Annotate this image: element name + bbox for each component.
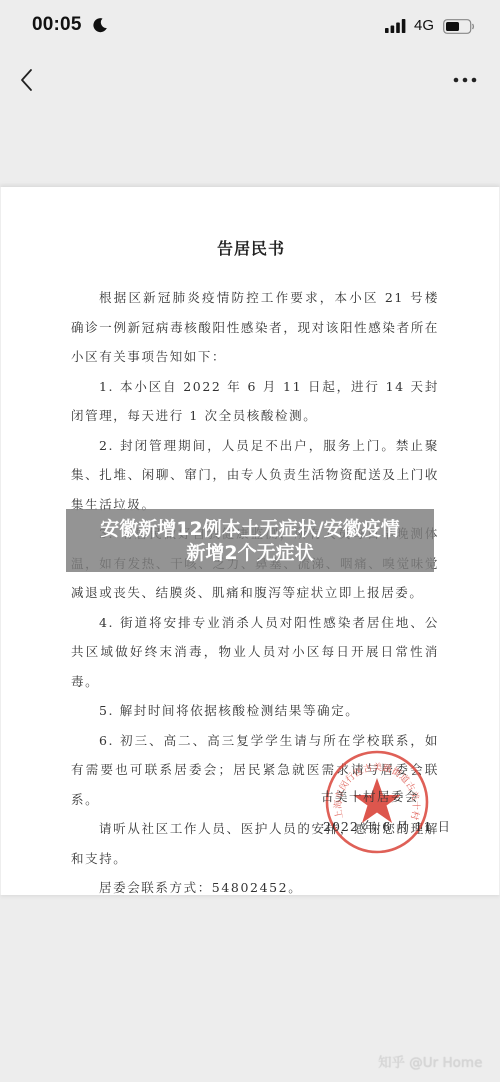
headline-overlay: 安徽新增12例本土无症状/安徽疫情 新增2个无症状 [66,509,434,572]
document-paragraph: 1. 本小区自 2022 年 6 月 11 日起，进行 14 天封闭管理，每天进… [71,372,439,431]
moon-icon [92,17,108,33]
ellipsis-icon [450,70,480,90]
nav-bar [0,55,500,105]
document-paragraph: 2. 封闭管理期间，人员足不出户，服务上门。禁止聚集、扎堆、闲聊、窜门，由专人负… [71,431,439,520]
battery-icon [443,19,475,34]
document-title: 告居民书 [1,236,500,259]
document-paragraph: 根据区新冠肺炎疫情防控工作要求，本小区 21 号楼确诊一例新冠病毒核酸阳性感染者… [71,283,439,372]
network-type-label: 4G [414,17,434,34]
document-paragraph: 4. 街道将安排专业消杀人员对阳性感染者居住地、公共区域做好终末消毒，物业人员对… [71,608,439,697]
document-paragraph: 居委会联系方式：54802452。 [71,873,439,903]
signal-icon [385,19,407,33]
back-button[interactable] [14,65,40,95]
document-paragraph: 5. 解封时间将依据核酸检测结果等确定。 [71,696,439,726]
watermark: 知乎 @Ur Home [378,1051,482,1071]
headline-line-1: 安徽新增12例本土无症状/安徽疫情 [100,517,399,541]
signature-organization: 古美十村居委会 [321,787,419,805]
chevron-left-icon [14,65,40,95]
headline-line-2: 新增2个无症状 [186,541,313,565]
more-options-button[interactable] [450,70,480,90]
status-bar: 00:05 4G [0,0,500,55]
signature-date: 2022 年 6 月 11 日 [323,817,451,835]
status-time: 00:05 [32,14,82,36]
